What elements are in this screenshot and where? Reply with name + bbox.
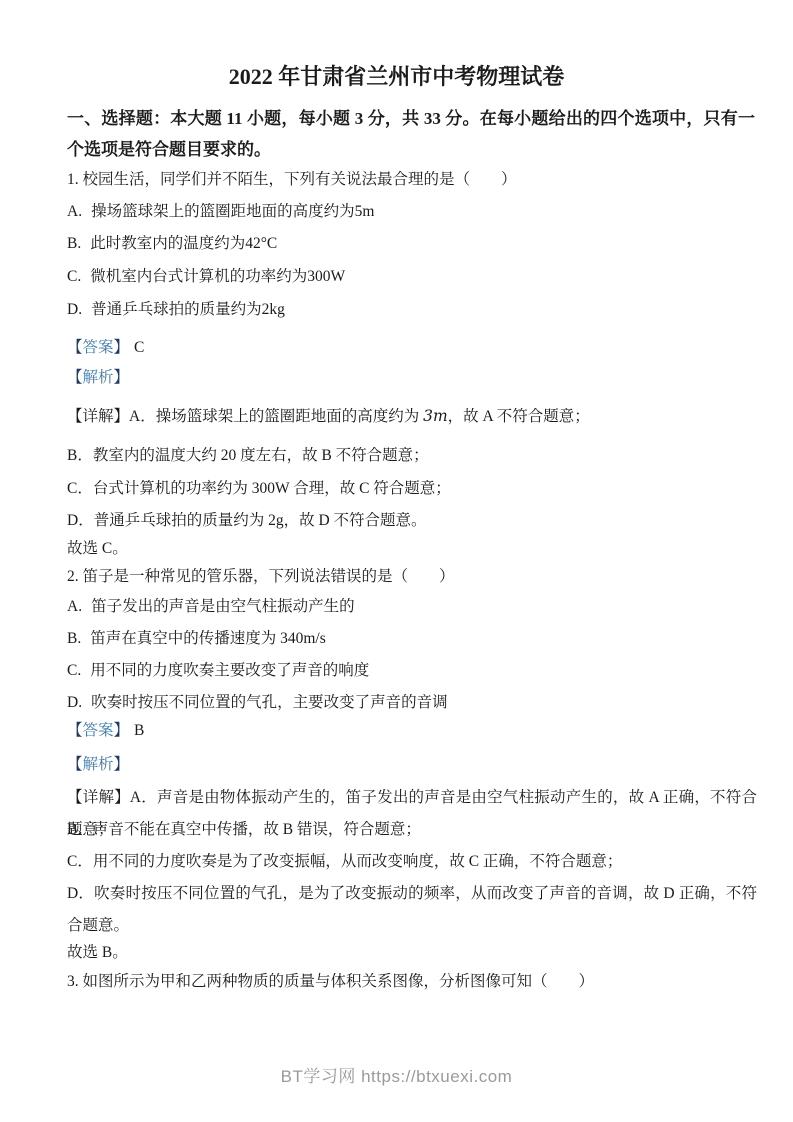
detail-text: D．普通乒乓球拍的质量约为 2g，故 D 不符合题意。 [67,512,427,529]
bracket-close: 】 [114,369,130,386]
question-2-detail-c: C．用不同的力度吹奏是为了改变振幅，从而改变响度，故 C 正确，不符合题意； [67,846,757,878]
bracket-open: 【 [67,756,83,773]
detail-text: B．声音不能在真空中传播，故 B 错误，符合题意； [67,821,421,838]
question-1-detail-b: B．教室内的温度大约 20 度左右，故 B 不符合题意； [67,440,757,472]
option-text: 此时教室内的温度约为42°C [90,235,277,252]
bracket-close: 】 [114,722,130,739]
option-label: A. [67,203,82,220]
bracket-close: 】 [114,756,130,773]
question-2-detail-d: D．吹奏时按压不同位置的气孔，是为了改变振动的频率，从而改变了声音的音调，故 D… [67,878,757,942]
option-label: B. [67,630,81,647]
detail-text: ，故 A 不符合题意； [448,408,590,425]
option-label: D. [67,694,82,711]
question-2-option-b: B.笛声在真空中的传播速度为 340m/s [67,623,757,655]
bracket-close: 】 [114,339,130,356]
option-label: C. [67,662,81,679]
option-text: 操场篮球架上的篮圈距地面的高度约为5m [91,203,374,220]
answer-label: 答案 [83,339,114,356]
question-2-option-c: C.用不同的力度吹奏主要改变了声音的响度 [67,655,757,687]
bracket-open: 【 [67,369,83,386]
question-2-detail-b: B．声音不能在真空中传播，故 B 错误，符合题意； [67,814,757,846]
question-1-option-d: D.普通乒乓球拍的质量约为2kg [67,294,757,326]
option-text: 吹奏时按压不同位置的气孔，主要改变了声音的音调 [91,694,448,711]
detail-text: C．用不同的力度吹奏是为了改变振幅，从而改变响度，故 C 正确，不符合题意； [67,853,622,870]
detail-text: D．吹奏时按压不同位置的气孔，是为了改变振动的频率，从而改变了声音的音调，故 D… [67,885,757,934]
answer-value: B [134,722,144,739]
question-1-stem: 1. 校园生活，同学们并不陌生，下列有关说法最合理的是（ ） [67,164,757,196]
question-2-answer-line: 【答案】B [67,715,757,747]
document-page: 2022 年甘肃省兰州市中考物理试卷 一、选择题：本大题 11 小题，每小题 3… [0,0,793,1122]
option-label: A. [67,598,82,615]
option-text: 微机室内台式计算机的功率约为300W [90,268,345,285]
option-text: 用不同的力度吹奏主要改变了声音的响度 [90,662,369,679]
question-1-detail-c: C．台式计算机的功率约为 300W 合理，故 C 符合题意； [67,473,757,505]
analysis-label: 解析 [83,756,114,773]
question-2-analysis-line: 【解析】 [67,749,757,781]
option-label: B. [67,235,81,252]
math-expression: 3m [423,407,448,425]
detail-label: 【详解】 [67,408,129,425]
page-title: 2022 年甘肃省兰州市中考物理试卷 [0,62,793,92]
analysis-label: 解析 [83,369,114,386]
question-1-analysis-line: 【解析】 [67,362,757,394]
option-text: 普通乒乓球拍的质量约为2kg [91,301,285,318]
question-2-option-a: A.笛子发出的声音是由空气柱振动产生的 [67,591,757,623]
question-1-answer-line: 【答案】C [67,332,757,364]
question-1-option-b: B.此时教室内的温度约为42°C [67,228,757,260]
question-1-option-a: A.操场篮球架上的篮圈距地面的高度约为5m [67,196,757,228]
bracket-open: 【 [67,339,83,356]
section-heading: 一、选择题：本大题 11 小题，每小题 3 分，共 33 分。在每小题给出的四个… [67,103,755,165]
question-1-option-c: C.微机室内台式计算机的功率约为300W [67,261,757,293]
detail-text: B．教室内的温度大约 20 度左右，故 B 不符合题意； [67,447,429,464]
bracket-open: 【 [67,722,83,739]
option-text: 笛声在真空中的传播速度为 340m/s [90,630,326,647]
option-label: D. [67,301,82,318]
question-2-conclusion: 故选 B。 [67,937,757,969]
detail-text: C．台式计算机的功率约为 300W 合理，故 C 符合题意； [67,480,451,497]
option-text: 笛子发出的声音是由空气柱振动产生的 [91,598,355,615]
detail-label: 【详解】 [67,789,130,806]
watermark-footer: BT学习网 https://btxuexi.com [0,1065,793,1089]
question-3-stem: 3. 如图所示为甲和乙两种物质的质量与体积关系图像，分析图像可知（ ） [67,966,757,998]
question-2-stem: 2. 笛子是一种常见的管乐器，下列说法错误的是（ ） [67,561,757,593]
option-label: C. [67,268,81,285]
detail-text: A．操场篮球架上的篮圈距地面的高度约为 [129,408,423,425]
answer-label: 答案 [83,722,114,739]
answer-value: C [134,339,144,356]
question-1-detail-a: 【详解】A．操场篮球架上的篮圈距地面的高度约为 3m，故 A 不符合题意； [67,400,757,433]
